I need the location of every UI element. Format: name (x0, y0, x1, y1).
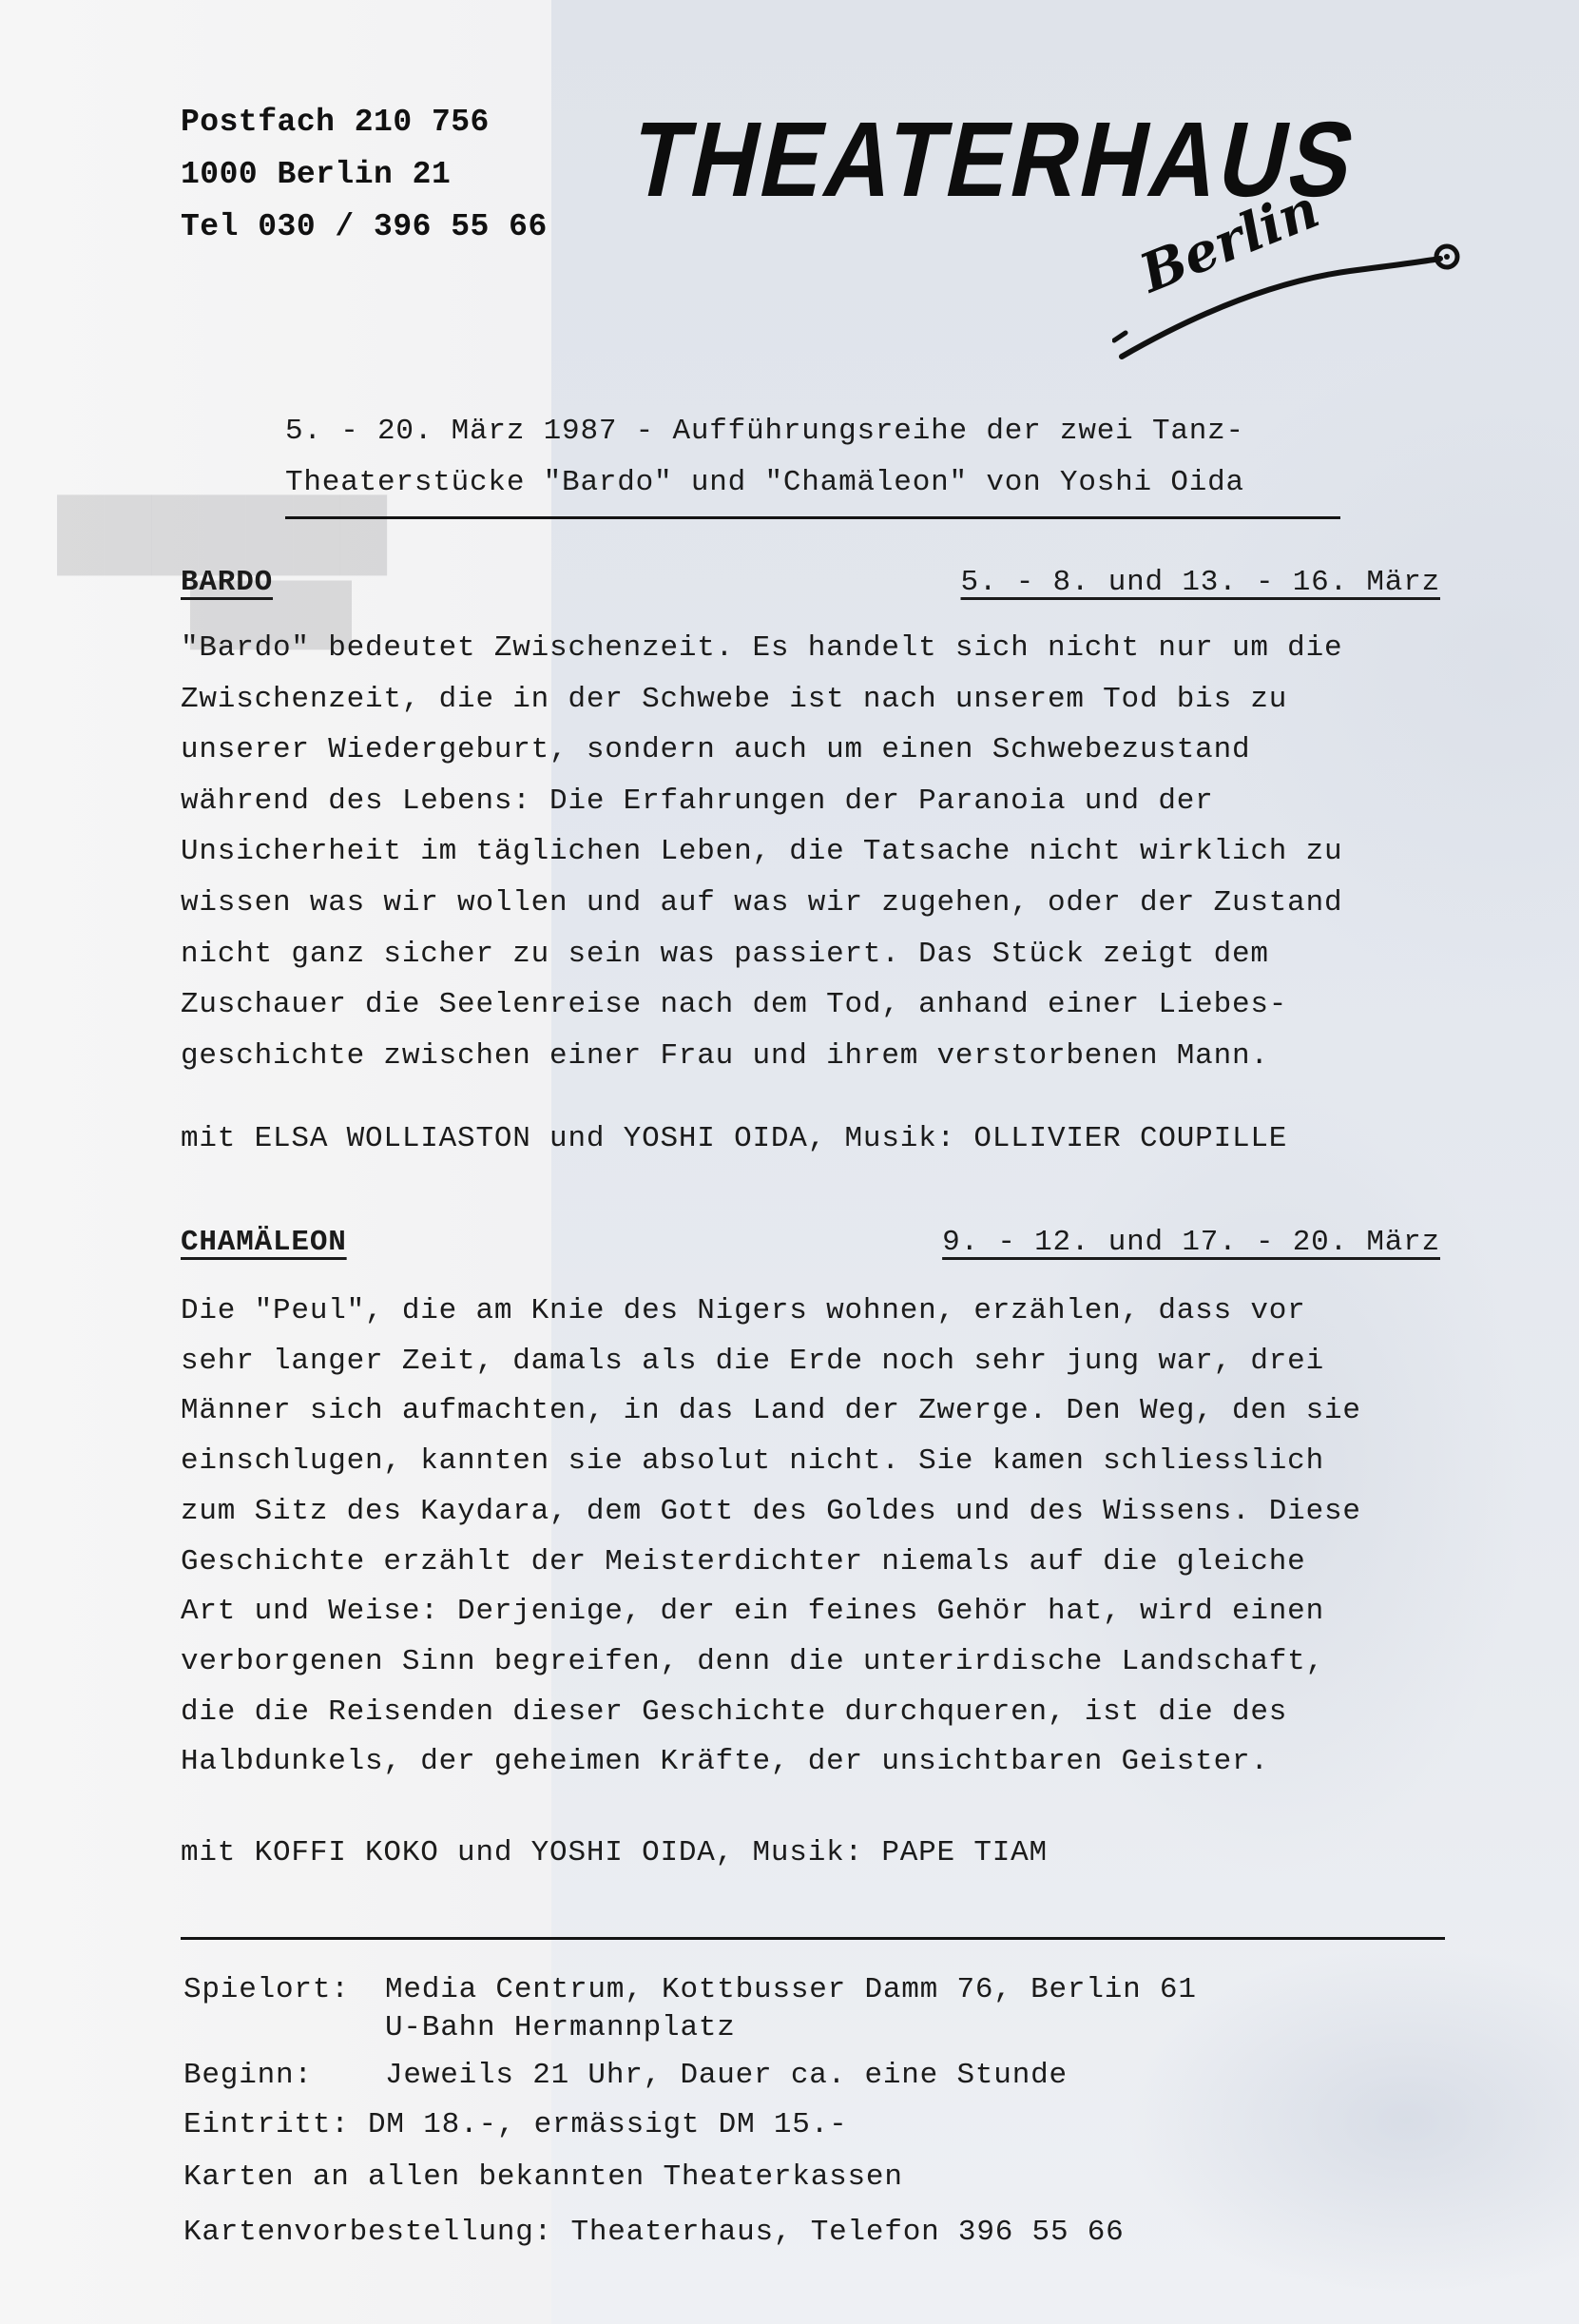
intro-line: 5. - 20. März 1987 - Aufführungsreihe de… (285, 415, 1244, 448)
description-line: verborgenen Sinn begreifen, denn die unt… (181, 1645, 1324, 1678)
address-line: 1000 Berlin 21 (181, 157, 451, 192)
piece-credits: mit ELSA WOLLIASTON und YOSHI OIDA, Musi… (181, 1122, 1287, 1155)
description-line: zum Sitz des Kaydara, dem Gott des Golde… (181, 1495, 1361, 1528)
ticket-info: Karten an allen bekannten Theaterkassen (183, 2160, 903, 2194)
piece-dates: 5. - 8. und 13. - 16. März (961, 566, 1440, 599)
bleed-through-text: ███████ (57, 494, 387, 571)
description-line: Zuschauer die Seelenreise nach dem Tod, … (181, 988, 1287, 1021)
start-label: Beginn: (183, 2059, 313, 2092)
description-line: unserer Wiedergeburt, sondern auch um ei… (181, 733, 1250, 766)
venue-label: Spielort: (183, 1973, 350, 2006)
venue-transit: U-Bahn Hermannplatz (385, 2011, 736, 2044)
description-line: "Bardo" bedeutet Zwischenzeit. Es handel… (181, 631, 1342, 665)
footer-divider (181, 1937, 1445, 1940)
venue-address: Media Centrum, Kottbusser Damm 76, Berli… (385, 1973, 1197, 2006)
intro-divider (285, 516, 1340, 519)
piece-credits: mit KOFFI KOKO und YOSHI OIDA, Musik: PA… (181, 1836, 1048, 1869)
description-line: Geschichte erzählt der Meisterdichter ni… (181, 1545, 1306, 1578)
description-line: Art und Weise: Derjenige, der ein feines… (181, 1595, 1324, 1628)
description-line: Zwischenzeit, die in der Schwebe ist nac… (181, 683, 1287, 716)
description-line: einschlugen, kannten sie absolut nicht. … (181, 1444, 1324, 1478)
description-line: Männer sich aufmachten, in das Land der … (181, 1394, 1361, 1427)
description-line: die die Reisenden dieser Geschichte durc… (181, 1695, 1287, 1729)
reservation-info: Kartenvorbestellung: Theaterhaus, Telefo… (183, 2216, 1125, 2249)
description-line: geschichte zwischen einer Frau und ihrem… (181, 1039, 1269, 1073)
address-line: Postfach 210 756 (181, 105, 490, 140)
piece-title: CHAMÄLEON (181, 1226, 347, 1259)
description-line: sehr langer Zeit, damals als die Erde no… (181, 1345, 1324, 1378)
description-line: Die "Peul", die am Knie des Nigers wohne… (181, 1294, 1306, 1327)
start-value: Jeweils 21 Uhr, Dauer ca. eine Stunde (385, 2059, 1068, 2092)
description-line: nicht ganz sicher zu sein was passiert. … (181, 938, 1269, 971)
description-line: während des Lebens: Die Erfahrungen der … (181, 784, 1214, 818)
intro-line: Theaterstücke "Bardo" und "Chamäleon" vo… (285, 466, 1244, 499)
piece-title: BARDO (181, 566, 273, 599)
piece-dates: 9. - 12. und 17. - 20. März (942, 1226, 1440, 1259)
phone-line: Tel 030 / 396 55 66 (181, 209, 548, 244)
description-line: Halbdunkels, der geheimen Kräfte, der un… (181, 1745, 1269, 1778)
admission-prices: Eintritt: DM 18.-, ermässigt DM 15.- (183, 2108, 848, 2141)
description-line: Unsicherheit im täglichen Leben, die Tat… (181, 835, 1342, 868)
description-line: wissen was wir wollen und auf was wir zu… (181, 886, 1342, 920)
